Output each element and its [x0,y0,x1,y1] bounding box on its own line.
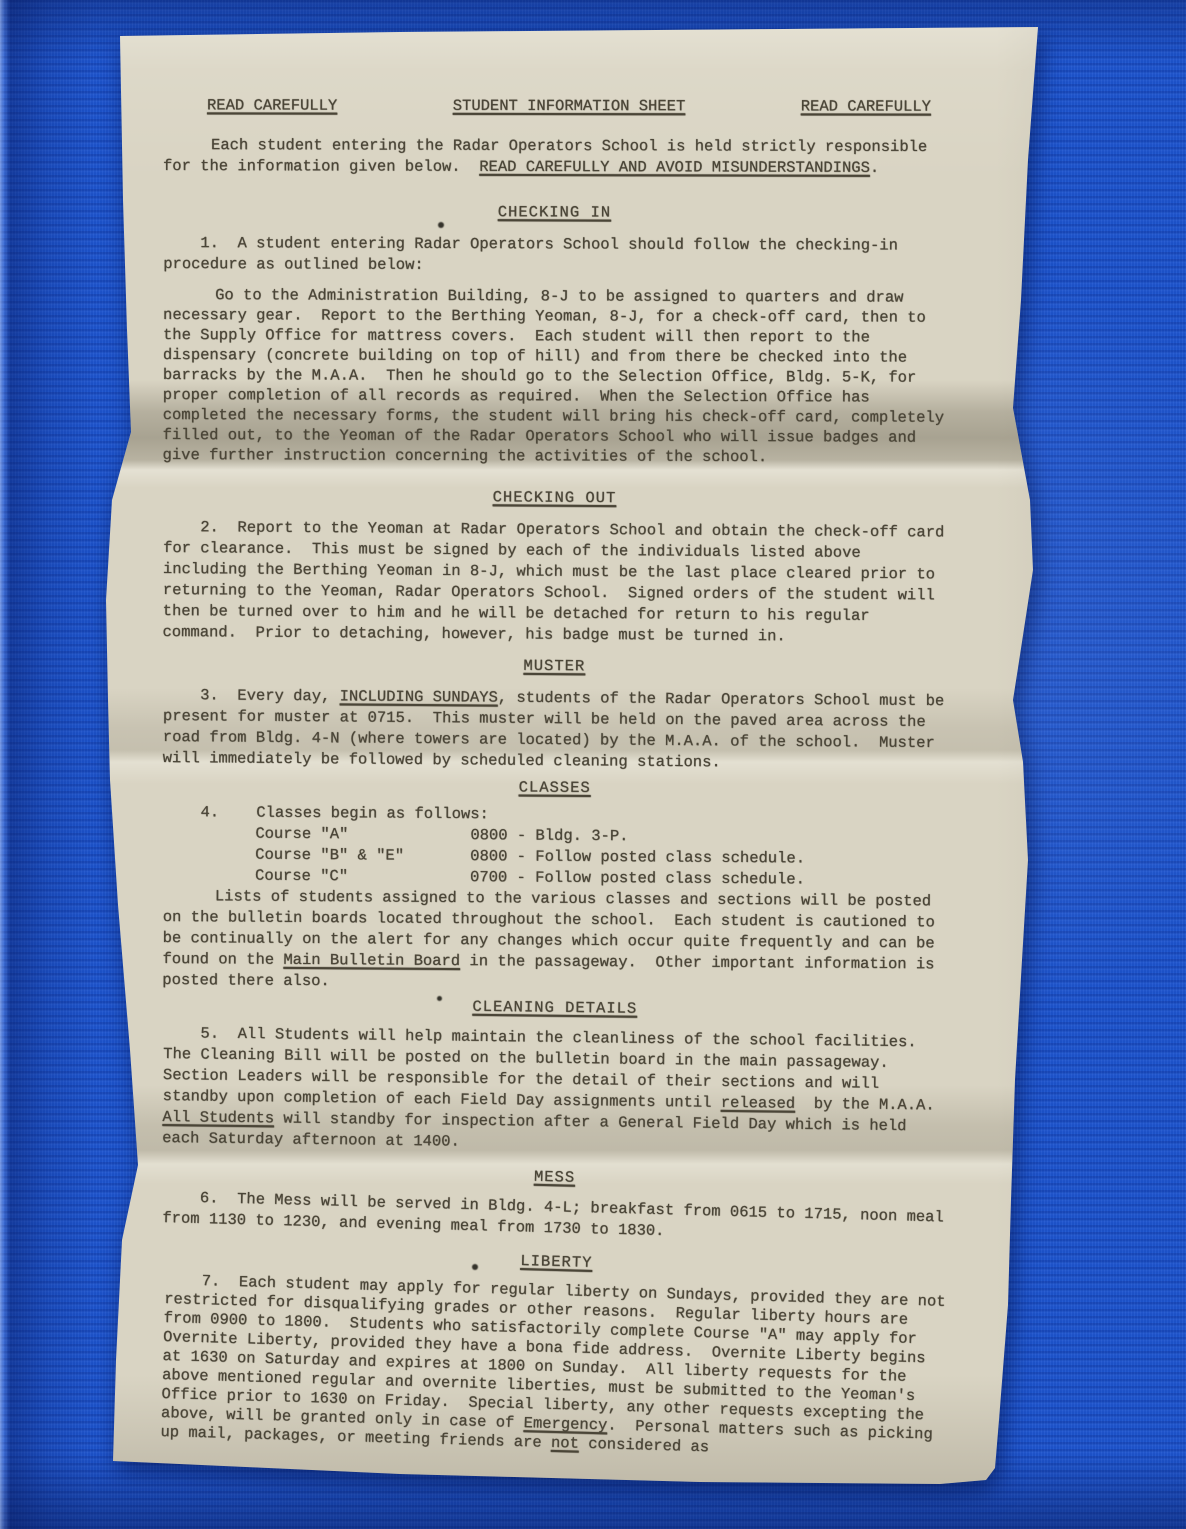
document-content: READ CAREFULLY STUDENT INFORMATION SHEET… [163,96,945,1442]
checking-out-heading: CHECKING OUT [163,485,945,511]
section-checking-out: CHECKING OUT 2. Report to the Yeoman at … [162,485,945,648]
ink-dot-artifact-1 [438,222,444,228]
section-intro: Each student entering the Radar Operator… [163,135,945,179]
document-header-row: READ CAREFULLY STUDENT INFORMATION SHEET… [163,95,945,117]
liberty-text-3: considered as [579,1435,710,1457]
read-carefully-right: READ CAREFULLY [801,96,931,117]
mess-heading-text: MESS [534,1168,576,1187]
cleaning-text-2: by the M.A.A. [795,1095,944,1115]
classes-heading-text: CLASSES [519,778,591,797]
ink-dot-artifact-3 [472,1264,478,1270]
section-liberty: LIBERTY 7. Each student may apply for re… [160,1241,947,1464]
checking-in-procedure-paragraph: Go to the Administration Building, 8-J t… [163,285,946,468]
intro-paragraph: Each student entering the Radar Operator… [163,135,945,179]
muster-including-sundays-underlined: INCLUDING SUNDAYS [340,687,498,706]
liberty-emergency-underlined: Emergency [523,1414,607,1434]
classes-heading: CLASSES [164,775,946,801]
section-checking-in: CHECKING IN 1. A student entering Radar … [163,201,946,468]
liberty-heading-text: LIBERTY [520,1252,593,1272]
course-b-e-name: Course "B" & "E" [255,845,470,868]
paper-sheet: READ CAREFULLY STUDENT INFORMATION SHEET… [0,0,1186,1529]
muster-heading-text: MUSTER [523,657,585,675]
read-carefully-left: READ CAREFULLY [207,95,337,116]
checking-in-heading: CHECKING IN [163,201,945,225]
course-b-e-time: 0800 - Follow posted class schedule. [470,846,805,869]
intro-warning-underlined: READ CAREFULLY AND AVOID MISUNDERSTANDIN… [479,158,870,177]
checking-in-item-1: 1. A student entering Radar Operators Sc… [163,233,945,278]
checking-out-heading-text: CHECKING OUT [493,488,617,507]
classes-main-bulletin-board-underlined: Main Bulletin Board [283,951,460,970]
liberty-item-7: 7. Each student may apply for regular li… [160,1271,946,1464]
paper-shadow-wrap: READ CAREFULLY STUDENT INFORMATION SHEET… [0,0,1186,1529]
cleaning-details-heading: CLEANING DETAILS [164,993,946,1024]
muster-text-1: 3. Every day, [200,686,340,705]
section-cleaning-details: CLEANING DETAILS 5. All Students will he… [162,993,946,1159]
course-a-name: Course "A" [255,824,470,847]
classes-lists-paragraph: Lists of students assigned to the variou… [162,886,945,996]
muster-item-3: 3. Every day, INCLUDING SUNDAYS, student… [163,685,946,775]
cleaning-released-underlined: released [721,1094,796,1113]
course-a-time: 0800 - Bldg. 3-P. [470,825,628,847]
section-mess: MESS 6. The Mess will be served in Bldg.… [162,1157,946,1249]
checking-in-heading-text: CHECKING IN [498,203,611,221]
mess-item-6: 6. The Mess will be served in Bldg. 4-L;… [162,1187,945,1249]
ink-dot-artifact-2 [437,996,442,1001]
checking-out-item-2: 2. Report to the Yeoman at Radar Operato… [162,517,945,648]
cleaning-item-5: 5. All Students will help maintain the c… [162,1023,945,1159]
section-muster: MUSTER 3. Every day, INCLUDING SUNDAYS, … [163,653,946,775]
cleaning-all-students-underlined: All Students [162,1108,274,1127]
course-c-name: Course "C" [255,866,470,889]
section-classes: CLASSES 4. Classes begin as follows: Cou… [162,775,945,996]
course-c-time: 0700 - Follow posted class schedule. [470,867,805,890]
photo-background-fabric: READ CAREFULLY STUDENT INFORMATION SHEET… [0,0,1186,1529]
intro-period: . [870,159,879,177]
muster-heading: MUSTER [163,653,945,680]
cleaning-text-3: will standby for inspection after a Gene… [162,1109,916,1150]
page-title: STUDENT INFORMATION SHEET [453,96,686,117]
cleaning-details-heading-text: CLEANING DETAILS [472,998,637,1018]
liberty-text-1: 7. Each student may apply for regular li… [161,1272,955,1432]
liberty-not-underlined: not [551,1434,579,1453]
